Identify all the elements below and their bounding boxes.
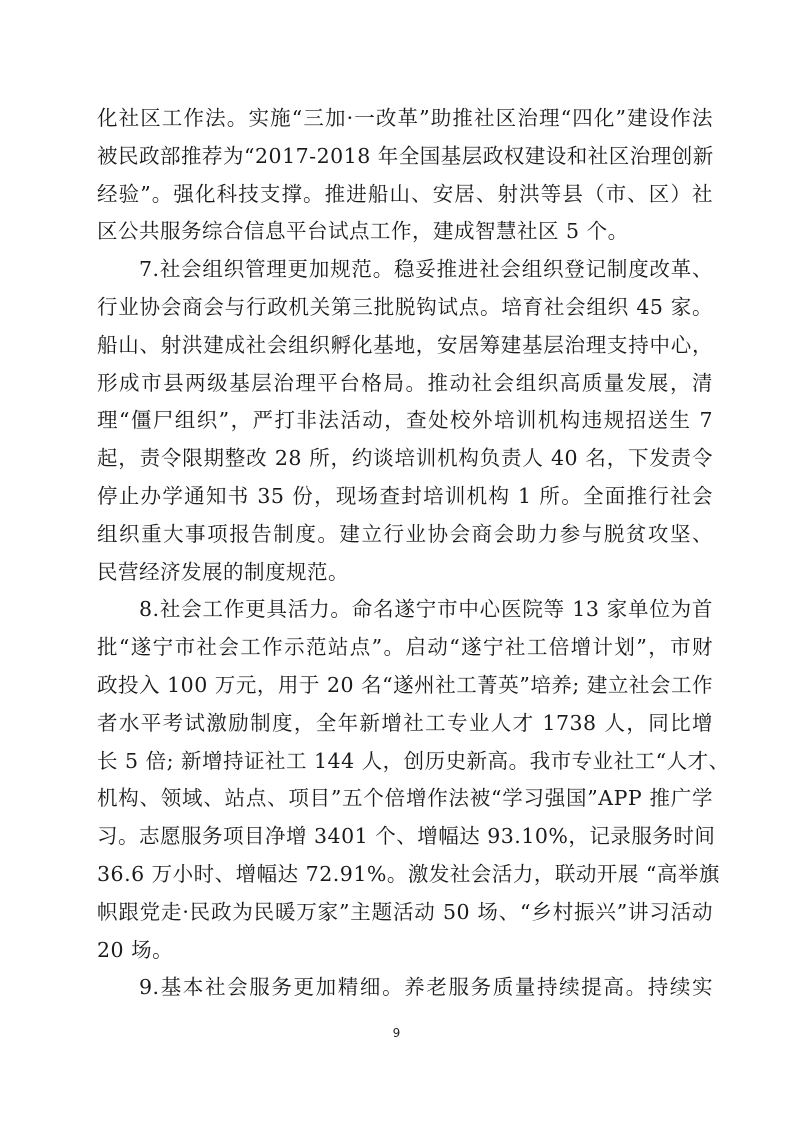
- text-line: 者水平考试激励制度，全年新增社工专业人才 1738 人，同比增: [97, 705, 713, 743]
- text-line: 7.社会组织管理更加规范。稳妥推进社会组织登记制度改革、: [97, 251, 713, 289]
- text-line: 习。志愿服务项目净增 3401 个、增幅达 93.10%，记录服务时间: [97, 818, 713, 856]
- text-line: 形成市县两级基层治理平台格局。推动社会组织高质量发展，清: [97, 365, 713, 403]
- text-line: 区公共服务综合信息平台试点工作，建成智慧社区 5 个。: [97, 213, 713, 251]
- text-line: 停止办学通知书 35 份，现场查封培训机构 1 所。全面推行社会: [97, 478, 713, 516]
- page-number: 9: [0, 1026, 793, 1040]
- text-line: 化社区工作法。实施“三加·一改革”助推社区治理“四化”建设作法: [97, 100, 713, 138]
- text-line: 组织重大事项报告制度。建立行业协会商会助力参与脱贫攻坚、: [97, 516, 713, 554]
- text-line: 批“遂宁市社会工作示范站点”。启动“遂宁社工倍增计划”，市财: [97, 629, 713, 667]
- text-line: 9.基本社会服务更加精细。养老服务质量持续提高。持续实: [97, 969, 713, 1007]
- text-line: 船山、射洪建成社会组织孵化基地，安居筹建基层治理支持中心，: [97, 327, 713, 365]
- text-line: 长 5 倍; 新增持证社工 144 人，创历史新高。我市专业社工“人才、: [97, 743, 713, 781]
- text-line: 政投入 100 万元，用于 20 名“遂州社工菁英”培养; 建立社会工作: [97, 667, 713, 705]
- text-line: 20 场。: [97, 932, 713, 970]
- text-line: 被民政部推荐为“2017-2018 年全国基层政权建设和社区治理创新: [97, 138, 713, 176]
- paragraph-9-basic-social-services: 9.基本社会服务更加精细。养老服务质量持续提高。持续实: [97, 969, 713, 1007]
- paragraph-8-social-work: 8.社会工作更具活力。命名遂宁市中心医院等 13 家单位为首 批“遂宁市社会工作…: [97, 591, 713, 969]
- text-line: 经验”。强化科技支撑。推进船山、安居、射洪等县（市、区）社: [97, 176, 713, 214]
- paragraph-continuation: 化社区工作法。实施“三加·一改革”助推社区治理“四化”建设作法 被民政部推荐为“…: [97, 100, 713, 251]
- text-line: 理“僵尸组织”，严打非法活动，查处校外培训机构违规招送生 7: [97, 402, 713, 440]
- text-line: 36.6 万小时、增幅达 72.91%。激发社会活力，联动开展 “高举旗: [97, 856, 713, 894]
- text-line: 机构、领域、站点、项目”五个倍增作法被“学习强国”APP 推广学: [97, 780, 713, 818]
- document-page: 化社区工作法。实施“三加·一改革”助推社区治理“四化”建设作法 被民政部推荐为“…: [0, 0, 793, 1122]
- text-line: 8.社会工作更具活力。命名遂宁市中心医院等 13 家单位为首: [97, 591, 713, 629]
- paragraph-7-social-organization: 7.社会组织管理更加规范。稳妥推进社会组织登记制度改革、 行业协会商会与行政机关…: [97, 251, 713, 591]
- text-line: 帜跟党走·民政为民暖万家”主题活动 50 场、“乡村振兴”讲习活动: [97, 894, 713, 932]
- text-line: 民营经济发展的制度规范。: [97, 554, 713, 592]
- text-line: 起，责令限期整改 28 所，约谈培训机构负责人 40 名，下发责令: [97, 440, 713, 478]
- text-line: 行业协会商会与行政机关第三批脱钩试点。培育社会组织 45 家。: [97, 289, 713, 327]
- body-text: 化社区工作法。实施“三加·一改革”助推社区治理“四化”建设作法 被民政部推荐为“…: [97, 100, 713, 1007]
